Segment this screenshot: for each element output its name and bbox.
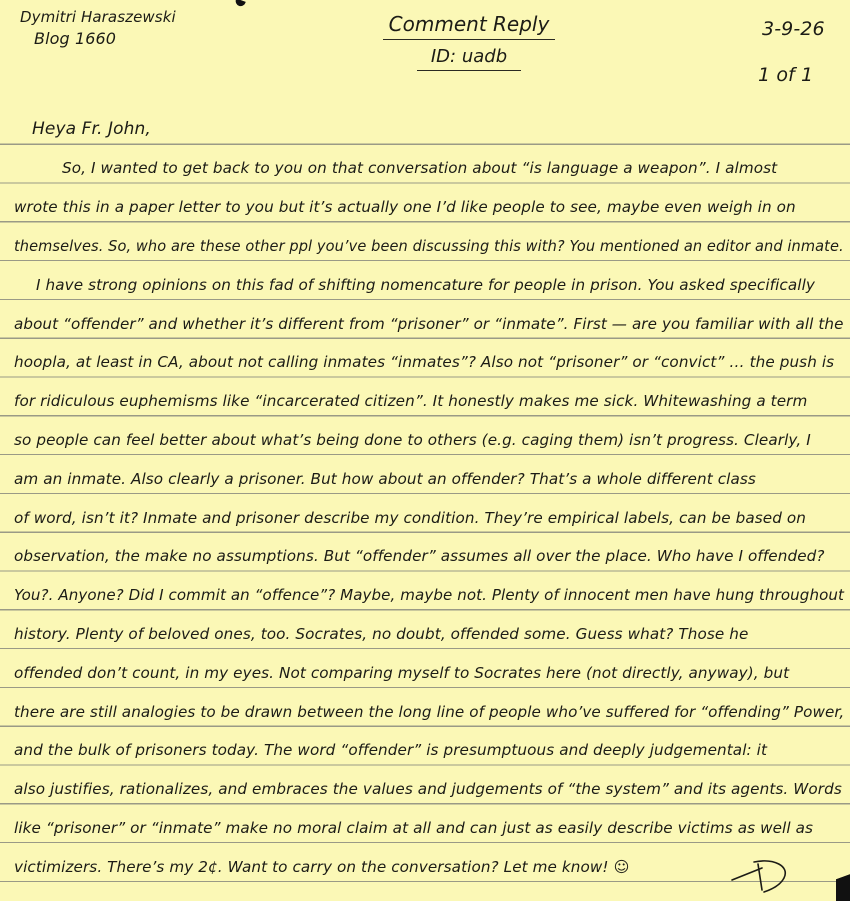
letter-line: so people can feel better about what’s b…: [14, 416, 848, 455]
salutation: Heya Fr. John,: [14, 106, 848, 145]
line-text: So, I wanted to get back to you on that …: [62, 159, 777, 177]
line-text: observation, the make no assumptions. Bu…: [14, 547, 825, 565]
line-text: and the bulk of prisoners today. The wor…: [14, 741, 767, 759]
letter-date: 3-9-26: [762, 18, 825, 40]
line-text: Heya Fr. John,: [32, 119, 151, 139]
line-text: also justifies, rationalizes, and embrac…: [14, 780, 842, 798]
letter-line: history. Plenty of beloved ones, too. So…: [14, 610, 848, 649]
line-text: for ridiculous euphemisms like “incarcer…: [14, 392, 807, 410]
letter-line: observation, the make no assumptions. Bu…: [14, 533, 848, 572]
title-block: Comment Reply ID: uadb: [364, 12, 574, 71]
line-text: victimizers. There’s my 2¢. Want to carr…: [14, 858, 629, 876]
line-text: hoopla, at least in CA, about not callin…: [14, 353, 834, 371]
letter-line: offended don’t count, in my eyes. Not co…: [14, 649, 848, 688]
line-text: there are still analogies to be drawn be…: [14, 703, 844, 721]
letter-line: So, I wanted to get back to you on that …: [14, 145, 848, 184]
page-count: 1 of 1: [758, 64, 813, 86]
letter-line: victimizers. There’s my 2¢. Want to carr…: [14, 843, 848, 882]
line-text: themselves. So, who are these other ppl …: [14, 237, 844, 255]
letter-line: hoopla, at least in CA, about not callin…: [14, 339, 848, 378]
letter-line: there are still analogies to be drawn be…: [14, 688, 848, 727]
letter-line: also justifies, rationalizes, and embrac…: [14, 766, 848, 805]
letter-line: and the bulk of prisoners today. The wor…: [14, 727, 848, 766]
line-text: of word, isn’t it? Inmate and prisoner d…: [14, 509, 806, 527]
letter-line: about “offender” and whether it’s differ…: [14, 300, 848, 339]
letter-line: like “prisoner” or “inmate” make no mora…: [14, 804, 848, 843]
line-text: wrote this in a paper letter to you but …: [14, 198, 796, 216]
line-text: offended don’t count, in my eyes. Not co…: [14, 664, 789, 682]
line-text: I have strong opinions on this fad of sh…: [36, 276, 815, 294]
letter-line: I have strong opinions on this fad of sh…: [14, 261, 848, 300]
author-name: Dymitri Haraszewski: [20, 8, 176, 26]
line-text: about “offender” and whether it’s differ…: [14, 315, 843, 333]
line-text: You?. Anyone? Did I commit an “offence”?…: [14, 586, 844, 604]
line-text: am an inmate. Also clearly a prisoner. B…: [14, 470, 756, 488]
letter-line: You?. Anyone? Did I commit an “offence”?…: [14, 572, 848, 611]
page-corner-shadow: [836, 861, 850, 901]
letter-line: for ridiculous euphemisms like “incarcer…: [14, 378, 848, 417]
signature-initial-icon: [728, 852, 798, 894]
author-block: Dymitri Haraszewski Blog 1660: [20, 6, 176, 50]
line-text: so people can feel better about what’s b…: [14, 431, 811, 449]
letter-line: of word, isn’t it? Inmate and prisoner d…: [14, 494, 848, 533]
line-text: like “prisoner” or “inmate” make no mora…: [14, 819, 813, 837]
letter-line: themselves. So, who are these other ppl …: [14, 222, 848, 261]
letter-line: am an inmate. Also clearly a prisoner. B…: [14, 455, 848, 494]
document-title: Comment Reply: [383, 12, 556, 40]
line-text: history. Plenty of beloved ones, too. So…: [14, 625, 748, 643]
letter-line: wrote this in a paper letter to you but …: [14, 184, 848, 223]
comment-id: ID: uadb: [417, 42, 521, 71]
blog-number: Blog 1660: [20, 28, 176, 50]
